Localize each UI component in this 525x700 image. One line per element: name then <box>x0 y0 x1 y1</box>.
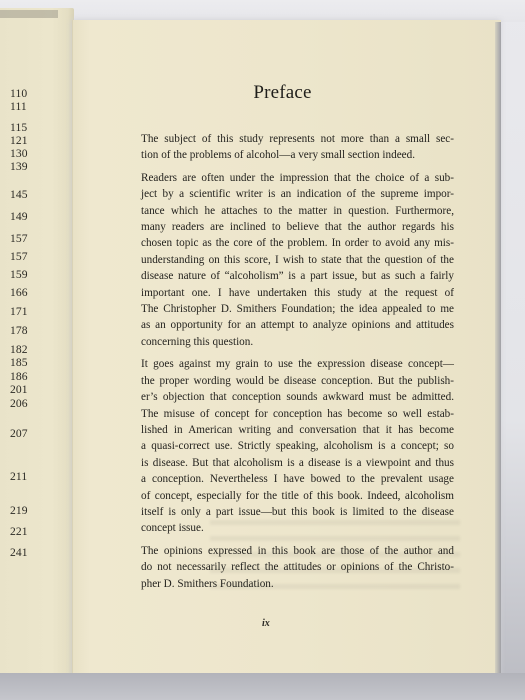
text-line: Readers are often under the impression t… <box>127 170 454 186</box>
text-line: concerning this question. <box>127 334 454 350</box>
page-number: 115 <box>10 121 27 134</box>
page-number: 149 <box>10 210 28 223</box>
page-number: 166 <box>10 286 28 299</box>
text-line: a quasi-correct use. Strictly speaking, … <box>127 438 454 454</box>
text-line: The opinions expressed in this book are … <box>127 543 454 559</box>
page-number: 130 <box>10 147 28 160</box>
left-page-top-edge <box>0 10 58 18</box>
page-number: 171 <box>10 305 28 318</box>
text-line: important one. I have undertaken this st… <box>127 285 454 301</box>
background-bottom <box>0 673 525 700</box>
page-number: 121 <box>10 134 28 147</box>
text-line: understanding on this score, I wish to s… <box>127 252 454 268</box>
text-line: as an opportunity for an attempt to anal… <box>127 317 454 333</box>
page-number: 211 <box>10 470 27 483</box>
text-line: a conception. Nevertheless I have bowed … <box>127 471 454 487</box>
text-line: tion of the problems of alcohol—a very s… <box>127 147 454 163</box>
right-page-edge <box>495 22 501 677</box>
page-number: 182 <box>10 343 28 356</box>
text-line: many readers are inclined to believe tha… <box>127 219 454 235</box>
text-line: It goes against my grain to use the expr… <box>127 356 454 372</box>
text-line: chosen topic as the core of the problem.… <box>127 235 454 251</box>
paragraph: The subject of this study represents not… <box>127 131 454 164</box>
left-page: 1101111151211301391451491571571591661711… <box>0 8 74 678</box>
text-line: The subject of this study represents not… <box>127 131 454 147</box>
background-top <box>0 0 525 22</box>
page-number: 145 <box>10 188 28 201</box>
page-number: 219 <box>10 504 28 517</box>
page-number: 241 <box>10 546 28 559</box>
text-line: tance which he attaches to the matter in… <box>127 203 454 219</box>
text-line: disease nature of “alcoholism” is a part… <box>127 268 454 284</box>
page-number: 206 <box>10 397 28 410</box>
page-folio: ix <box>262 618 270 629</box>
page-number: 139 <box>10 160 28 173</box>
page-number: 207 <box>10 427 28 440</box>
paragraph: Readers are often under the impression t… <box>127 170 454 350</box>
page-title: Preface <box>20 82 525 104</box>
text-line: The misuse of concept for conception has… <box>127 406 454 422</box>
page-number: 186 <box>10 370 28 383</box>
text-line: lished in American writing and conversat… <box>127 422 454 438</box>
page-number: 157 <box>10 250 28 263</box>
page-number: 185 <box>10 356 28 369</box>
page-number: 201 <box>10 383 28 396</box>
page-number: 159 <box>10 268 28 281</box>
text-line: of concept, especially for the title of … <box>127 488 454 504</box>
text-line: ject by a scientific writer is an indica… <box>127 186 454 202</box>
text-line: do not necessarily reflect the attitudes… <box>127 559 454 575</box>
text-line: itself is only a part issue—but this boo… <box>127 504 454 520</box>
page-number: 221 <box>10 525 28 538</box>
paragraph: The opinions expressed in this book are … <box>127 543 454 592</box>
text-line: is disease. But that alcoholism is a dis… <box>127 455 454 471</box>
page-number: 157 <box>10 232 28 245</box>
text-line: the proper wording would be disease conc… <box>127 373 454 389</box>
text-line: concept issue. <box>127 520 454 536</box>
preface-body: The subject of this study represents not… <box>127 131 454 598</box>
text-line: The Christopher D. Smithers Foundation; … <box>127 301 454 317</box>
text-line: pher D. Smithers Foundation. <box>127 576 454 592</box>
paragraph: It goes against my grain to use the expr… <box>127 356 454 536</box>
text-line: er’s objection that conception sounds aw… <box>127 389 454 405</box>
page-number: 178 <box>10 324 28 337</box>
